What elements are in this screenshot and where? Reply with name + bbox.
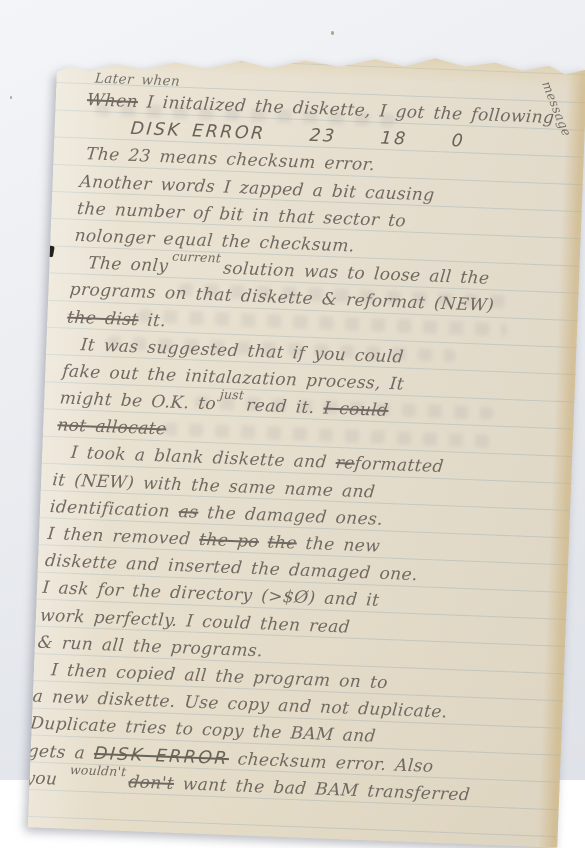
struck-text: as [178,502,199,523]
text-segment: you [24,768,67,780]
text-segment: checksum error. Also [228,749,434,777]
margin-ink-mark [47,245,55,257]
struck-text: the po [198,530,260,552]
text-segment: the damaged ones. [197,503,383,530]
struck-text: When [86,90,139,112]
text-segment: 18 [380,129,409,150]
text-segment: might be O.K. to [59,388,217,414]
notebook-page: Later whenWhen I initalized the diskette… [28,38,585,780]
inserted-word: wouldn't [69,756,128,780]
text-segment: identification [49,497,180,522]
text-segment: DISK ERROR [130,119,267,144]
text-segment: it. [138,310,167,331]
inserted-word: current [171,243,222,272]
struck-text: the dist [66,307,139,330]
wall-background: Later whenWhen I initalized the diskette… [0,0,585,780]
text-segment: read it. [245,396,324,419]
text-segment: 0 [451,131,466,151]
text-segment: & run all the programs. [37,632,264,661]
struck-text: I could [323,399,390,421]
struck-text: don't [128,772,175,780]
text-segment: formatted [354,454,445,477]
wall-speck [331,31,334,35]
wall-speck [10,96,12,99]
struck-text: re [335,453,356,474]
text-segment: The only [87,253,169,276]
text-segment: 23 [309,126,338,147]
text-segment: Later when [94,70,180,89]
text-segment: I then removed [47,524,201,550]
inserted-word: just [219,381,246,409]
struck-text: the [267,532,298,553]
handwriting: Later whenWhen I initalized the diskette… [24,69,585,780]
text-segment: the new [296,534,381,557]
struck-text: not allocate [56,416,167,440]
